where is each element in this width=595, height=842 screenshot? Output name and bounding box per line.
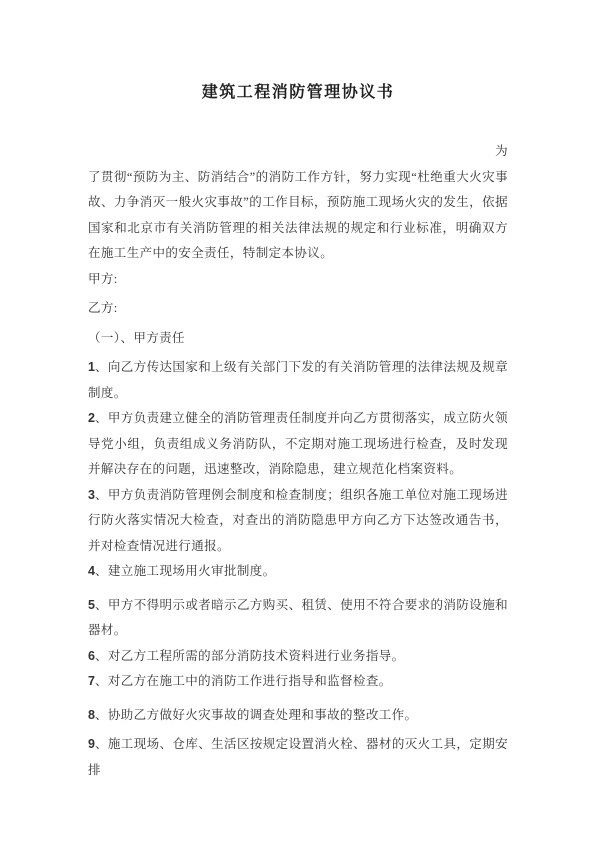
clause-1-separator: 、 <box>95 360 108 374</box>
clause-7-separator: 、 <box>95 674 108 688</box>
clause-5-text: 甲方不得明示或者暗示乙方购买、租赁、使用不符合要求的消防设施和器材。 <box>88 598 508 638</box>
clause-6-number: 6 <box>88 649 95 663</box>
clause-9: 9、施工现场、仓库、生活区按规定设置消火栓、器材的灭火工具，定期安排 <box>88 732 508 783</box>
clause-5-separator: 、 <box>95 598 108 612</box>
clause-2-text: 甲方负责建立健全的消防管理责任制度并向乙方贯彻落实，成立防火领导党小组，负责组成… <box>88 411 508 476</box>
document-title: 建筑工程消防管理协议书 <box>88 84 508 101</box>
clause-9-separator: 、 <box>95 737 108 751</box>
clause-9-number: 9 <box>88 737 95 751</box>
clause-3-text: 甲方负责消防管理例会制度和检查制度；组织各施工单位对施工现场进行防火落实情况大检… <box>88 488 508 553</box>
clause-8-separator: 、 <box>95 708 108 722</box>
clause-6: 6、对乙方工程所需的部分消防技术资料进行业务指导。 <box>88 644 508 670</box>
clause-5-number: 5 <box>88 598 95 612</box>
clause-3-separator: 、 <box>95 488 108 502</box>
clause-1: 1、向乙方传达国家和上级有关部门下发的有关消防管理的法律法规及规章制度。 <box>88 355 508 406</box>
clause-7: 7、对乙方在施工中的消防工作进行指导和监督检查。 <box>88 669 508 695</box>
clause-4-text: 建立施工现场用火审批制度。 <box>108 564 276 578</box>
clause-2: 2、甲方负责建立健全的消防管理责任制度并向乙方贯彻落实，成立防火领导党小组，负责… <box>88 406 508 483</box>
clause-8-text: 协助乙方做好火灾事故的调查处理和事故的整改工作。 <box>108 708 418 722</box>
party-a-label: 甲方: <box>88 267 508 293</box>
clause-8: 8、协助乙方做好火灾事故的调查处理和事故的整改工作。 <box>88 703 508 729</box>
clause-4-separator: 、 <box>95 564 108 578</box>
clause-8-number: 8 <box>88 708 95 722</box>
clause-3: 3、甲方负责消防管理例会制度和检查制度；组织各施工单位对施工现场进行防火落实情况… <box>88 483 508 560</box>
document-page: 建筑工程消防管理协议书 为 了贯彻“预防为主、防消结合”的消防工作方针，努力实现… <box>0 0 595 842</box>
clause-6-text: 对乙方工程所需的部分消防技术资料进行业务指导。 <box>108 649 405 663</box>
clause-9-text: 施工现场、仓库、生活区按规定设置消火栓、器材的灭火工具，定期安排 <box>88 737 508 777</box>
intro-first-line: 为 <box>88 139 508 165</box>
section-1-heading: （一）、甲方责任 <box>88 326 508 352</box>
clause-4-number: 4 <box>88 564 95 578</box>
clause-6-separator: 、 <box>95 649 108 663</box>
clause-4: 4、建立施工现场用火审批制度。 <box>88 559 508 585</box>
party-b-label: 乙方: <box>88 296 508 322</box>
intro-paragraph: 了贯彻“预防为主、防消结合”的消防工作方针，努力实现“杜绝重大火灾事故、力争消灭… <box>88 165 508 267</box>
clause-5: 5、甲方不得明示或者暗示乙方购买、租赁、使用不符合要求的消防设施和器材。 <box>88 593 508 644</box>
clause-1-number: 1 <box>88 360 95 374</box>
clause-2-separator: 、 <box>95 411 108 425</box>
clause-2-number: 2 <box>88 411 95 425</box>
clause-7-text: 对乙方在施工中的消防工作进行指导和监督检查。 <box>108 674 392 688</box>
clause-3-number: 3 <box>88 488 95 502</box>
clause-7-number: 7 <box>88 674 95 688</box>
clause-1-text: 向乙方传达国家和上级有关部门下发的有关消防管理的法律法规及规章制度。 <box>88 360 508 400</box>
